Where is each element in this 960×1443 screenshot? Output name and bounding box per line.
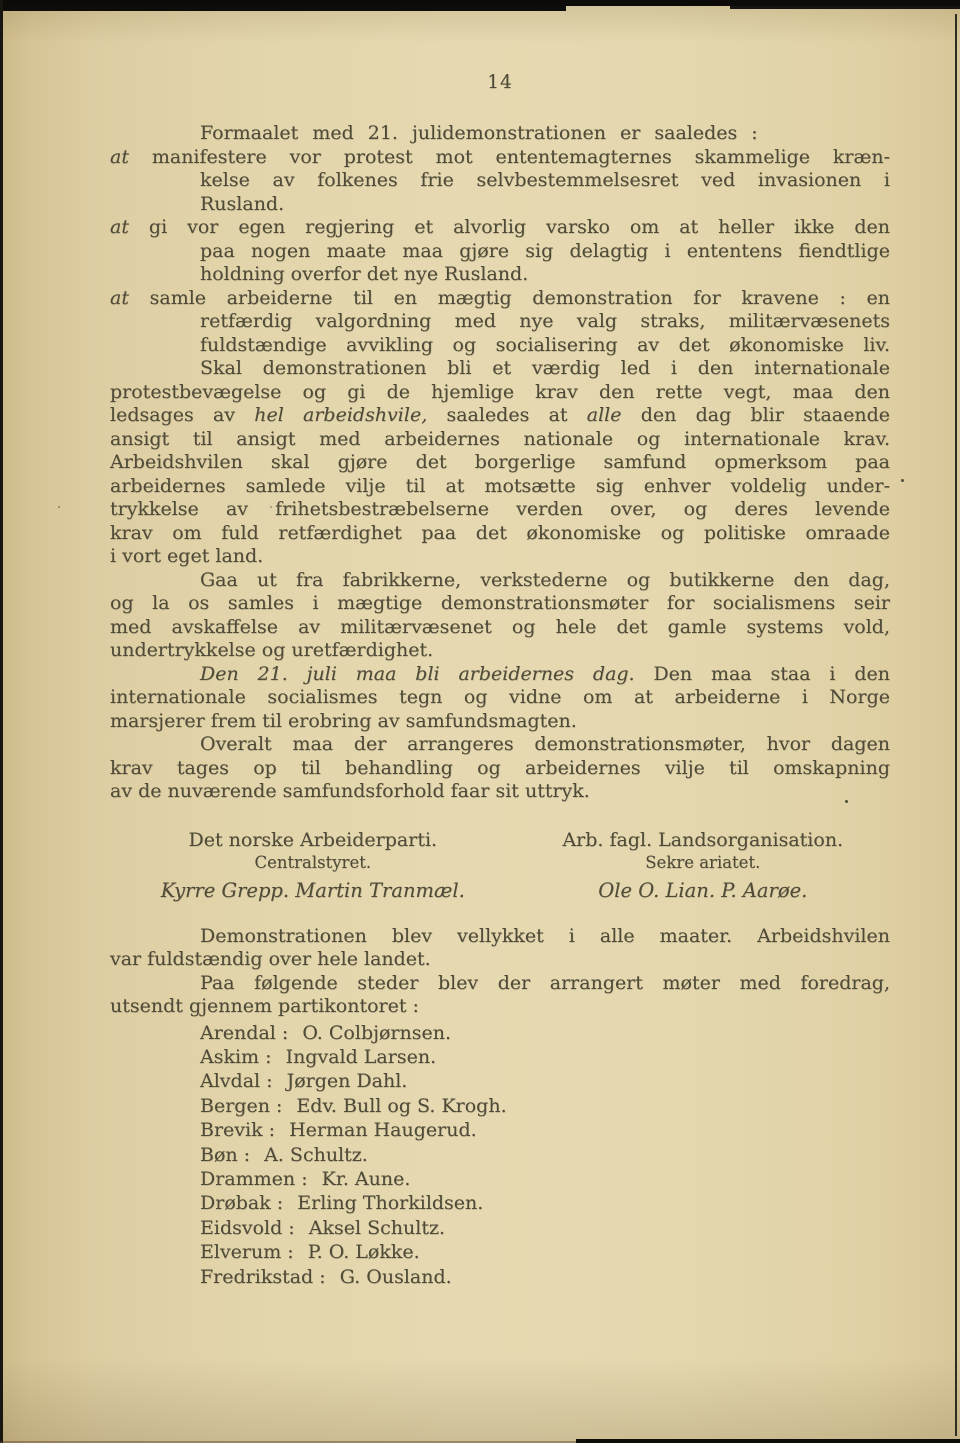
text-line: at manifestere vor protest mot ententema… [110, 146, 890, 170]
text-segment: paa nogen maate maa gjøre sig delagtig i… [200, 240, 890, 262]
text-line: retfærdig valgordning med nye valg strak… [110, 310, 890, 334]
text-segment: med avskaffelse av militærvæsenet og hel… [110, 616, 890, 638]
text-segment: protestbevægelse og gi de hjemlige krav … [110, 381, 890, 403]
venue-person: Jørgen Dahl. [279, 1070, 408, 1092]
text-segment: Den maa staa i den [635, 663, 890, 685]
organization-subunit: Centralstyret. [110, 852, 516, 873]
scan-speck [901, 479, 904, 482]
italic-text: Den 21. juli maa bli arbeidernes dag. [200, 663, 635, 685]
text-line: ansigt til ansigt med arbeidernes nation… [110, 428, 890, 452]
venue-place: Drammen : [200, 1168, 314, 1190]
text-segment: trykkelse av frihetsbestræbelserne verde… [110, 498, 890, 520]
text-segment: ansigt til ansigt med arbeidernes nation… [110, 428, 890, 450]
text-line: at gi vor egen regjering et alvorlig var… [110, 216, 890, 240]
venue-person: O. Colbjørnsen. [294, 1022, 451, 1044]
italic-text: at [110, 216, 149, 238]
text-line: arbeidernes samlede vilje til at motsætt… [110, 475, 890, 499]
text-line: Skal demonstrationen bli et værdig led i… [110, 357, 890, 381]
text-segment: samle arbeiderne til en mægtig demonstra… [150, 287, 890, 309]
text-line: med avskaffelse av militærvæsenet og hel… [110, 616, 890, 640]
text-segment: Overalt maa der arrangeres demonstration… [200, 733, 890, 755]
text-segment: Arbeidshvilen skal gjøre det borgerlige … [110, 451, 890, 473]
text-line: Formaalet med 21. julidemonstrationen er… [110, 122, 890, 146]
text-segment: fuldstændige avvikling og socialisering … [200, 334, 890, 356]
venue-place: Alvdal : [200, 1070, 279, 1092]
text-segment: ledsages av [110, 404, 254, 426]
text-segment: internationale socialismes tegn og vidne… [110, 686, 890, 708]
page-number: 14 [110, 72, 890, 96]
italic-text: alle [587, 404, 622, 426]
venue-item: Bøn : A. Schultz. [110, 1143, 890, 1167]
text-line: og la os samles i mægtige demonstrations… [110, 592, 890, 616]
text-line: kelse av folkenes frie selvbestemmelsesr… [110, 169, 890, 193]
venue-person: Kr. Aune. [314, 1168, 411, 1190]
text-segment: Formaalet med 21. julidemonstrationen er… [200, 122, 758, 144]
text-line: undertrykkelse og uretfærdighet. [110, 639, 890, 663]
text-segment: Gaa ut fra fabrikkerne, verkstederne og … [200, 569, 890, 591]
text-line: protestbevægelse og gi de hjemlige krav … [110, 381, 890, 405]
text-line: holdning overfor det nye Rusland. [110, 263, 890, 287]
text-line: i vort eget land. [110, 545, 890, 569]
text-segment: var fuldstændig over hele landet. [110, 948, 431, 970]
signature-names-row: Kyrre Grepp. Martin Tranmæl. Ole O. Lian… [110, 879, 890, 903]
venue-item: Askim : Ingvald Larsen. [110, 1045, 890, 1069]
organization-subunit: Sekre ariatet. [516, 852, 890, 873]
venue-person: G. Ousland. [332, 1266, 452, 1288]
text-line: marsjerer frem til erobring av samfundsm… [110, 710, 890, 734]
scan-edge-right [955, 14, 957, 1436]
text-line: Demonstrationen blev vellykket i alle ma… [110, 925, 890, 949]
text-segment: i vort eget land. [110, 545, 263, 567]
scan-edge-left [0, 0, 3, 1443]
venue-person: Ingvald Larsen. [278, 1046, 437, 1068]
text-line: krav tages op til behandling og arbeider… [110, 757, 890, 781]
venue-item: Eidsvold : Aksel Schultz. [110, 1216, 890, 1240]
text-segment: Demonstrationen blev vellykket i alle ma… [200, 925, 890, 947]
venue-person: Herman Haugerud. [281, 1119, 477, 1141]
venue-person: P. O. Løkke. [300, 1241, 420, 1263]
text-line: Paa følgende steder blev der arrangert m… [110, 972, 890, 996]
text-line: av de nuværende samfundsforhold faar sit… [110, 780, 890, 804]
text-segment: Rusland. [200, 193, 284, 215]
text-segment: krav om fuld retfærdighet paa det økonom… [110, 522, 890, 544]
text-segment: krav tages op til behandling og arbeider… [110, 757, 890, 779]
text-segment: saaledes at [427, 404, 587, 426]
venue-place: Fredrikstad : [200, 1266, 332, 1288]
text-line: Arbeidshvilen skal gjøre det borgerlige … [110, 451, 890, 475]
document-text-main: Formaalet med 21. julidemonstrationen er… [110, 122, 890, 804]
text-segment: kelse av folkenes frie selvbestemmelsesr… [200, 169, 890, 191]
signature-names-right: Ole O. Lian. P. Aarøe. [516, 879, 890, 903]
italic-text: hel arbeidshvile, [254, 404, 427, 426]
page-body: 14 Formaalet med 21. julidemonstrationen… [110, 0, 890, 1289]
venue-item: Brevik : Herman Haugerud. [110, 1118, 890, 1142]
text-line: krav om fuld retfærdighet paa det økonom… [110, 522, 890, 546]
document-text-followup: Demonstrationen blev vellykket i alle ma… [110, 925, 890, 1019]
text-segment: holdning overfor det nye Rusland. [200, 263, 528, 285]
signature-names-left: Kyrre Grepp. Martin Tranmæl. [110, 879, 516, 903]
venue-item: Arendal : O. Colbjørnsen. [110, 1021, 890, 1045]
venue-item: Drammen : Kr. Aune. [110, 1167, 890, 1191]
venue-person: A. Schultz. [256, 1144, 368, 1166]
venue-place: Arendal : [200, 1022, 294, 1044]
text-segment: retfærdig valgordning med nye valg strak… [200, 310, 890, 332]
text-segment: Paa følgende steder blev der arrangert m… [200, 972, 890, 994]
venue-place: Askim : [200, 1046, 278, 1068]
text-segment: utsendt gjennem partikontoret : [110, 995, 419, 1017]
text-segment: og la os samles i mægtige demonstrations… [110, 592, 890, 614]
text-line: internationale socialismes tegn og vidne… [110, 686, 890, 710]
text-segment: den dag blir staaende [621, 404, 890, 426]
signature-block: Det norske Arbeiderparti. Centralstyret.… [110, 828, 890, 873]
text-line: paa nogen maate maa gjøre sig delagtig i… [110, 240, 890, 264]
text-line: fuldstændige avvikling og socialisering … [110, 334, 890, 358]
text-line: Gaa ut fra fabrikkerne, verkstederne og … [110, 569, 890, 593]
text-segment: marsjerer frem til erobring av samfundsm… [110, 710, 577, 732]
text-segment: manifestere vor protest mot ententemagte… [152, 146, 890, 168]
venue-place: Bøn : [200, 1144, 256, 1166]
venue-list: Arendal : O. Colbjørnsen.Askim : Ingvald… [110, 1021, 890, 1289]
venue-person: Erling Thorkildsen. [289, 1192, 483, 1214]
venue-item: Drøbak : Erling Thorkildsen. [110, 1191, 890, 1215]
text-line: at samle arbeiderne til en mægtig demons… [110, 287, 890, 311]
scan-speck [58, 506, 60, 508]
organization-name: Det norske Arbeiderparti. [110, 828, 516, 852]
text-segment: av de nuværende samfundsforhold faar sit… [110, 780, 590, 802]
text-line: Overalt maa der arrangeres demonstration… [110, 733, 890, 757]
venue-place: Brevik : [200, 1119, 281, 1141]
signature-left-column: Det norske Arbeiderparti. Centralstyret. [110, 828, 516, 873]
venue-place: Bergen : [200, 1095, 288, 1117]
venue-item: Alvdal : Jørgen Dahl. [110, 1069, 890, 1093]
text-line: var fuldstændig over hele landet. [110, 948, 890, 972]
venue-person: Edv. Bull og S. Krogh. [288, 1095, 506, 1117]
text-line: Den 21. juli maa bli arbeidernes dag. De… [110, 663, 890, 687]
venue-item: Elverum : P. O. Løkke. [110, 1240, 890, 1264]
text-line: trykkelse av frihetsbestræbelserne verde… [110, 498, 890, 522]
text-segment: undertrykkelse og uretfærdighet. [110, 639, 433, 661]
text-line: Rusland. [110, 193, 890, 217]
text-segment: arbeidernes samlede vilje til at motsætt… [110, 475, 890, 497]
venue-place: Drøbak : [200, 1192, 289, 1214]
venue-item: Bergen : Edv. Bull og S. Krogh. [110, 1094, 890, 1118]
venue-person: Aksel Schultz. [301, 1217, 445, 1239]
venue-place: Eidsvold : [200, 1217, 301, 1239]
italic-text: at [110, 146, 152, 168]
text-segment: gi vor egen regjering et alvorlig varsko… [149, 216, 890, 238]
venue-place: Elverum : [200, 1241, 300, 1263]
text-segment: Skal demonstrationen bli et værdig led i… [200, 357, 890, 379]
text-line: ledsages av hel arbeidshvile, saaledes a… [110, 404, 890, 428]
organization-name: Arb. fagl. Landsorganisation. [516, 828, 890, 852]
scanned-page: 14 Formaalet med 21. julidemonstrationen… [0, 0, 960, 1443]
venue-item: Fredrikstad : G. Ousland. [110, 1265, 890, 1289]
italic-text: at [110, 287, 150, 309]
text-line: utsendt gjennem partikontoret : [110, 995, 890, 1019]
scan-edge-bottom-dark [576, 1439, 960, 1443]
signature-right-column: Arb. fagl. Landsorganisation. Sekre aria… [516, 828, 890, 873]
